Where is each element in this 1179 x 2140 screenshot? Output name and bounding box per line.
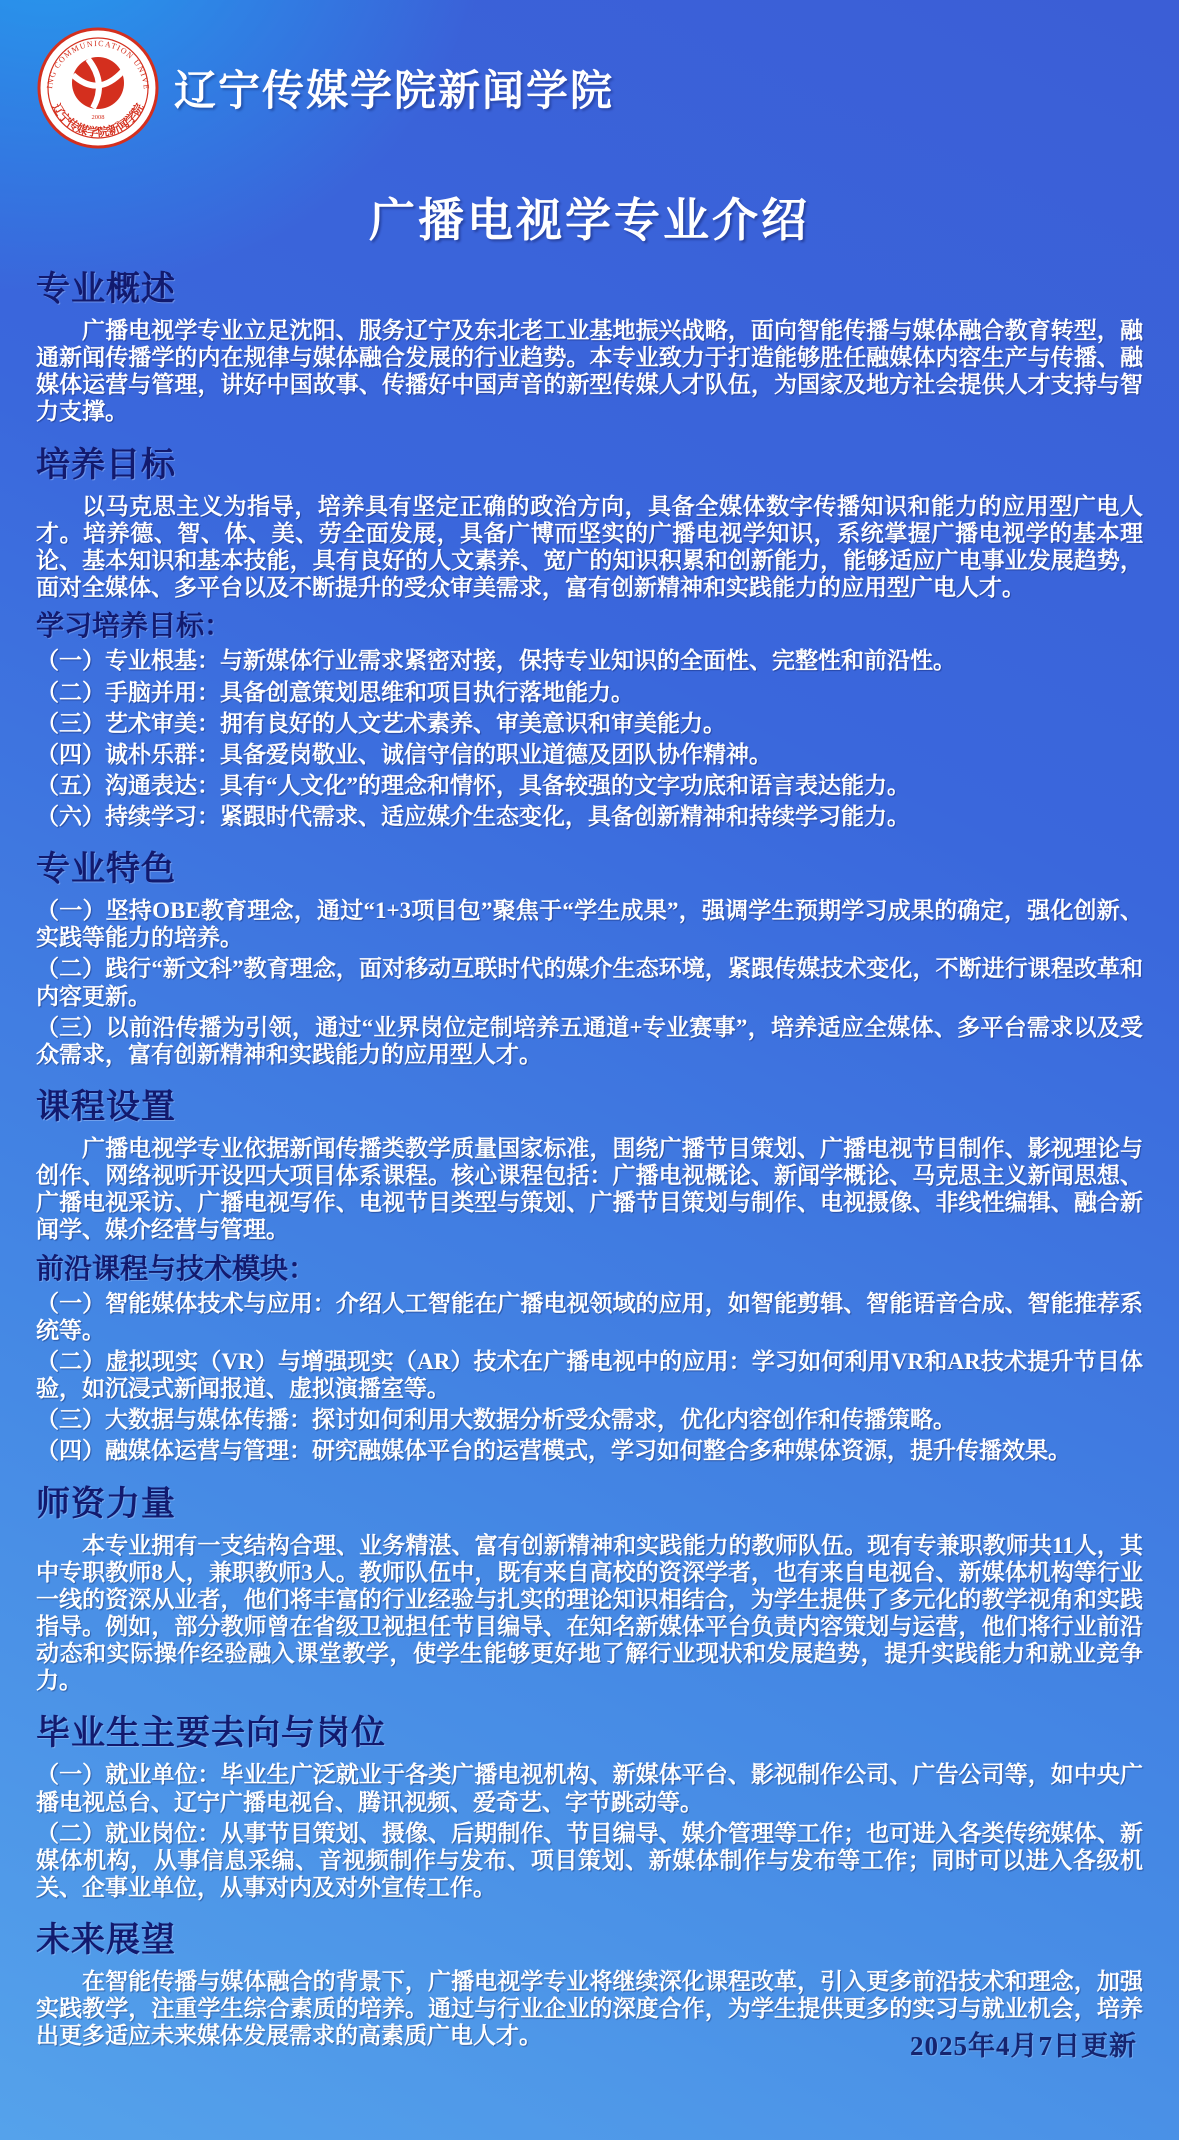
objectives-paragraph: 以马克思主义为指导，培养具有坚定正确的政治方向，具备全媒体数字传播知识和能力的应… [36, 493, 1143, 602]
objective-item: （一）专业根基：与新媒体行业需求紧密对接，保持专业知识的全面性、完整性和前沿性。 [36, 647, 1143, 674]
objective-item: （二）手脑并用：具备创意策划思维和项目执行落地能力。 [36, 679, 1143, 706]
update-date: 2025年4月7日更新 [910, 2024, 1137, 2063]
section-objectives: 培养目标 以马克思主义为指导，培养具有坚定正确的政治方向，具备全媒体数字传播知识… [36, 446, 1143, 831]
career-item: （二）就业岗位：从事节目策划、摄像、后期制作、节目编导、媒介管理等工作；也可进入… [36, 1820, 1143, 1901]
curriculum-item: （二）虚拟现实（VR）与增强现实（AR）技术在广播电视中的应用：学习如何利用VR… [36, 1348, 1143, 1402]
header: LIAONING COMMUNICATION UNIVERSITY 辽宁传媒学院… [36, 0, 1143, 150]
section-features: 专业特色 （一）坚持OBE教育理念，通过“1+3项目包”聚焦于“学生成果”，强调… [36, 850, 1143, 1068]
poster: LIAONING COMMUNICATION UNIVERSITY 辽宁传媒学院… [0, 0, 1179, 2140]
objectives-heading: 培养目标 [36, 446, 1143, 485]
overview-paragraph: 广播电视学专业立足沈阳、服务辽宁及东北老工业基地振兴战略，面向智能传播与媒体融合… [36, 317, 1143, 426]
svg-text:2008: 2008 [92, 114, 105, 121]
faculty-heading: 师资力量 [36, 1485, 1143, 1524]
curriculum-paragraph: 广播电视学专业依据新闻传播类教学质量国家标准，围绕广播节目策划、广播电视节目制作… [36, 1135, 1143, 1244]
outlook-heading: 未来展望 [36, 1921, 1143, 1960]
curriculum-item: （三）大数据与媒体传播：探讨如何利用大数据分析受众需求，优化内容创作和传播策略。 [36, 1406, 1143, 1433]
objectives-sub-heading: 学习培养目标： [36, 611, 1143, 643]
objective-item: （六）持续学习：紧跟时代需求、适应媒介生态变化，具备创新精神和持续学习能力。 [36, 803, 1143, 830]
feature-item: （三）以前沿传播为引领，通过“业界岗位定制培养五通道+专业赛事”，培养适应全媒体… [36, 1014, 1143, 1068]
section-curriculum: 课程设置 广播电视学专业依据新闻传播类教学质量国家标准，围绕广播节目策划、广播电… [36, 1088, 1143, 1465]
objective-item: （三）艺术审美：拥有良好的人文艺术素养、审美意识和审美能力。 [36, 710, 1143, 737]
section-careers: 毕业生主要去向与岗位 （一）就业单位：毕业生广泛就业于各类广播电视机构、新媒体平… [36, 1714, 1143, 1901]
faculty-paragraph: 本专业拥有一支结构合理、业务精湛、富有创新精神和实践能力的教师队伍。现有专兼职教… [36, 1532, 1143, 1695]
curriculum-sub-heading: 前沿课程与技术模块： [36, 1254, 1143, 1286]
feature-item: （二）践行“新文科”教育理念，面对移动互联时代的媒介生态环境，紧跟传媒技术变化，… [36, 955, 1143, 1009]
university-logo-icon: LIAONING COMMUNICATION UNIVERSITY 辽宁传媒学院… [36, 26, 160, 150]
curriculum-item: （一）智能媒体技术与应用：介绍人工智能在广播电视领域的应用，如智能剪辑、智能语音… [36, 1290, 1143, 1344]
school-name: 辽宁传媒学院新闻学院 [174, 58, 614, 118]
overview-heading: 专业概述 [36, 270, 1143, 309]
careers-heading: 毕业生主要去向与岗位 [36, 1714, 1143, 1753]
section-overview: 专业概述 广播电视学专业立足沈阳、服务辽宁及东北老工业基地振兴战略，面向智能传播… [36, 270, 1143, 426]
feature-item: （一）坚持OBE教育理念，通过“1+3项目包”聚焦于“学生成果”，强调学生预期学… [36, 897, 1143, 951]
features-heading: 专业特色 [36, 850, 1143, 889]
career-item: （一）就业单位：毕业生广泛就业于各类广播电视机构、新媒体平台、影视制作公司、广告… [36, 1761, 1143, 1815]
section-faculty: 师资力量 本专业拥有一支结构合理、业务精湛、富有创新精神和实践能力的教师队伍。现… [36, 1485, 1143, 1695]
curriculum-item: （四）融媒体运营与管理：研究融媒体平台的运营模式，学习如何整合多种媒体资源，提升… [36, 1437, 1143, 1464]
objective-item: （五）沟通表达：具有“人文化”的理念和情怀，具备较强的文字功底和语言表达能力。 [36, 772, 1143, 799]
curriculum-heading: 课程设置 [36, 1088, 1143, 1127]
page-title: 广播电视学专业介绍 [36, 184, 1143, 250]
objective-item: （四）诚朴乐群：具备爱岗敬业、诚信守信的职业道德及团队协作精神。 [36, 741, 1143, 768]
